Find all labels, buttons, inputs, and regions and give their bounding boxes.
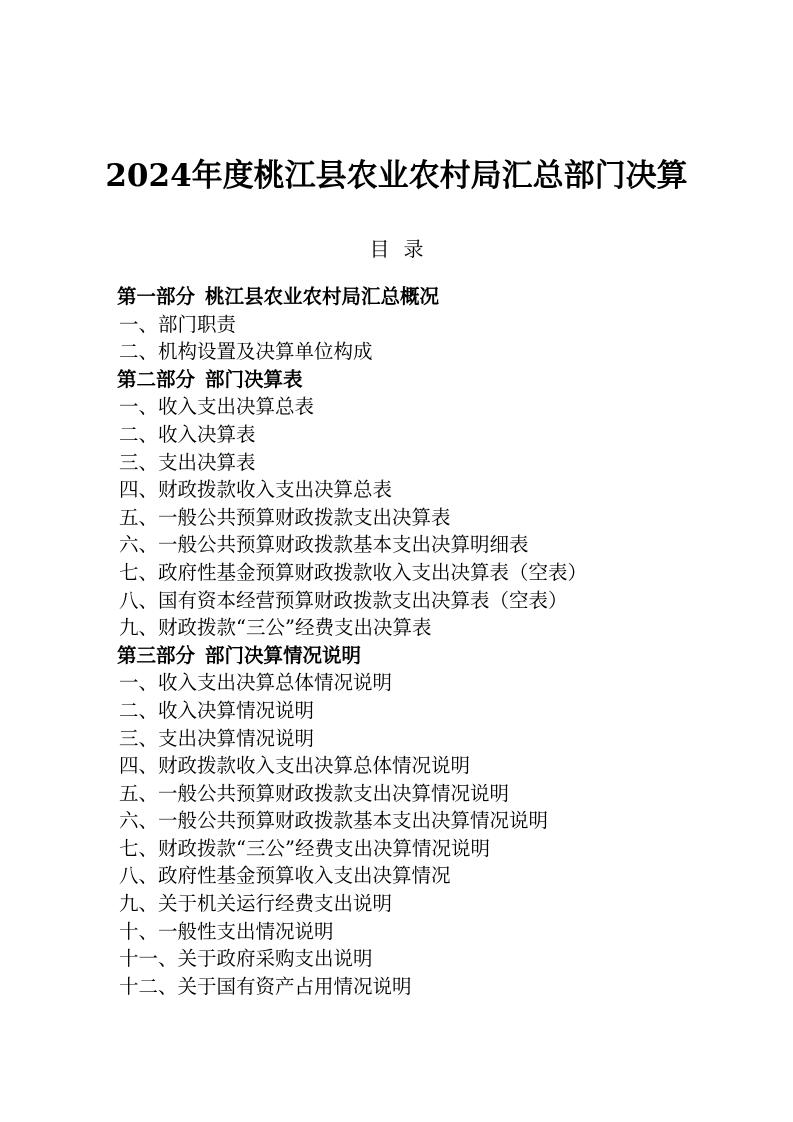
toc-item: 二、收入决算情况说明	[117, 697, 757, 725]
table-of-contents: 第一部分桃江县农业农村局汇总概况 一、部门职责 二、机构设置及决算单位构成 第二…	[117, 283, 757, 1000]
toc-item: 四、财政拨款收入支出决算总体情况说明	[117, 752, 757, 780]
toc-item: 九、财政拨款“三公”经费支出决算表	[117, 614, 757, 642]
toc-item: 一、部门职责	[117, 311, 757, 339]
toc-part-number: 第三部分	[117, 644, 195, 667]
toc-part-label: 部门决算表	[205, 368, 303, 391]
toc-part-3: 第三部分部门决算情况说明	[117, 642, 757, 670]
toc-part-number: 第二部分	[117, 368, 195, 391]
toc-part-label: 部门决算情况说明	[205, 644, 361, 667]
toc-item: 八、政府性基金预算收入支出决算情况	[117, 862, 757, 890]
toc-item: 十二、关于国有资产占用情况说明	[117, 973, 757, 1001]
toc-item: 十一、关于政府采购支出说明	[117, 945, 757, 973]
toc-item: 十、一般性支出情况说明	[117, 918, 757, 946]
toc-item: 三、支出决算情况说明	[117, 725, 757, 753]
toc-item: 一、收入支出决算总表	[117, 393, 757, 421]
toc-item: 五、一般公共预算财政拨款支出决算情况说明	[117, 780, 757, 808]
toc-item: 二、收入决算表	[117, 421, 757, 449]
toc-item: 八、国有资本经营预算财政拨款支出决算表（空表）	[117, 587, 757, 615]
toc-part-1: 第一部分桃江县农业农村局汇总概况	[117, 283, 757, 311]
toc-item: 四、财政拨款收入支出决算总表	[117, 476, 757, 504]
toc-part-2: 第二部分部门决算表	[117, 366, 757, 394]
toc-item: 七、财政拨款“三公”经费支出决算情况说明	[117, 835, 757, 863]
page-title: 2024年度桃江县农业农村局汇总部门决算	[0, 156, 793, 196]
toc-item: 二、机构设置及决算单位构成	[117, 338, 757, 366]
toc-item: 七、政府性基金预算财政拨款收入支出决算表（空表）	[117, 559, 757, 587]
toc-item: 六、一般公共预算财政拨款基本支出决算情况说明	[117, 807, 757, 835]
toc-item: 一、收入支出决算总体情况说明	[117, 669, 757, 697]
toc-item: 六、一般公共预算财政拨款基本支出决算明细表	[117, 531, 757, 559]
toc-heading-char: 目	[370, 237, 390, 261]
toc-part-number: 第一部分	[117, 285, 195, 308]
toc-item: 五、一般公共预算财政拨款支出决算表	[117, 504, 757, 532]
toc-heading: 目录	[0, 236, 793, 262]
toc-item: 三、支出决算表	[117, 449, 757, 477]
toc-part-label: 桃江县农业农村局汇总概况	[205, 285, 439, 308]
toc-heading-char: 录	[404, 237, 424, 261]
toc-item: 九、关于机关运行经费支出说明	[117, 890, 757, 918]
